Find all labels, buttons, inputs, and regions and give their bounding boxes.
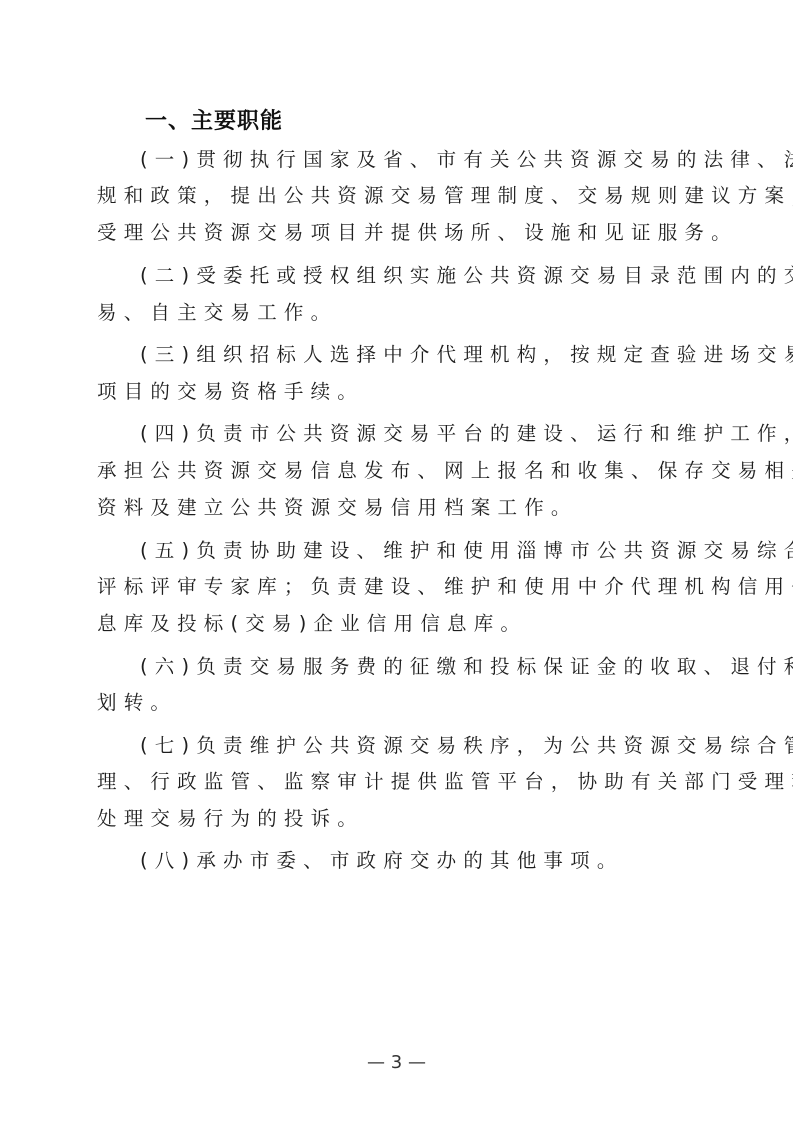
paragraph-7-line-3: 处理交易行为的投诉。: [97, 807, 697, 831]
paragraph-1-line-3: 受理公共资源交易项目并提供场所、设施和见证服务。: [97, 221, 697, 245]
paragraph-5-line-1: (五)负责协助建设、维护和使用淄博市公共资源交易综合: [140, 539, 740, 563]
paragraph-1-line-2: 规和政策，提出公共资源交易管理制度、交易规则建议方案，: [97, 184, 697, 208]
paragraph-1-line-1: (一)贯彻执行国家及省、市有关公共资源交易的法律、法: [140, 148, 740, 172]
paragraph-5-line-2: 评标评审专家库；负责建设、维护和使用中介代理机构信用信: [97, 575, 697, 599]
paragraph-3-line-2: 项目的交易资格手续。: [97, 380, 697, 404]
paragraph-7-line-2: 理、行政监管、监察审计提供监管平台，协助有关部门受理和: [97, 770, 697, 794]
paragraph-5-line-3: 息库及投标(交易)企业信用信息库。: [97, 612, 697, 636]
paragraph-6-line-1: (六)负责交易服务费的征缴和投标保证金的收取、退付和: [140, 655, 740, 679]
paragraph-4-line-1: (四)负责市公共资源交易平台的建设、运行和维护工作，: [140, 422, 740, 446]
paragraph-6-line-2: 划转。: [97, 691, 697, 715]
paragraph-4-line-2: 承担公共资源交易信息发布、网上报名和收集、保存交易相关: [97, 459, 697, 483]
paragraph-2-line-1: (二)受委托或授权组织实施公共资源交易目录范围内的交: [140, 264, 740, 288]
paragraph-2-line-2: 易、自主交易工作。: [97, 301, 697, 325]
paragraph-4-line-3: 资料及建立公共资源交易信用档案工作。: [97, 496, 697, 520]
paragraph-8-line-1: (八)承办市委、市政府交办的其他事项。: [140, 849, 740, 873]
paragraph-7-line-1: (七)负责维护公共资源交易秩序，为公共资源交易综合管: [140, 734, 740, 758]
paragraph-3-line-1: (三)组织招标人选择中介代理机构，按规定查验进场交易: [140, 343, 740, 367]
page-number: — 3 —: [0, 1052, 793, 1073]
document-page: 一、主要职能 (一)贯彻执行国家及省、市有关公共资源交易的法律、法 规和政策，提…: [0, 0, 793, 1122]
section-heading: 一、主要职能: [145, 104, 283, 135]
